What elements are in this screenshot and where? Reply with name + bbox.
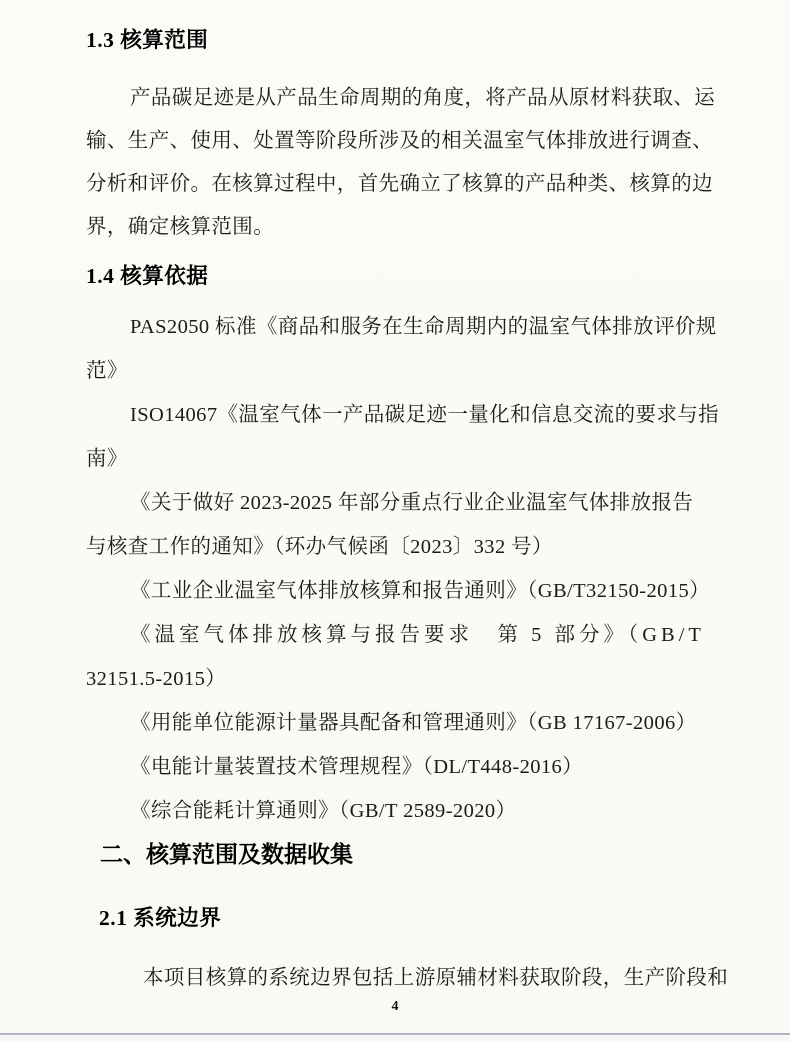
reference-line: 《关于做好 2023-2025 年部分重点行业企业温室气体排放报告: [86, 481, 712, 525]
reference-line: 与核查工作的通知》（环办气候函〔2023〕332 号）: [86, 525, 712, 569]
reference-line: PAS2050 标准《商品和服务在生命周期内的温室气体排放评价规: [86, 305, 712, 349]
document-content: 1.3 核算范围 产品碳足迹是从产品生命周期的角度，将产品从原材料获取、运 输、…: [86, 0, 712, 1000]
reference-line: 32151.5-2015）: [86, 657, 712, 701]
text-line: 界，确定核算范围。: [86, 206, 712, 249]
text-line: 产品碳足迹是从产品生命周期的角度，将产品从原材料获取、运: [86, 77, 712, 120]
chapter-heading-2: 二、核算范围及数据收集: [100, 841, 712, 869]
text-line: 分析和评价。在核算过程中，首先确立了核算的产品种类、核算的边: [86, 163, 712, 206]
reference-line: 《工业企业温室气体排放核算和报告通则》（GB/T32150-2015）: [86, 569, 712, 613]
section-heading-2-1: 2.1 系统边界: [99, 905, 712, 931]
text-line: 输、生产、使用、处置等阶段所涉及的相关温室气体排放进行调查、: [86, 120, 712, 163]
paragraph-2-1: 本项目核算的系统边界包括上游原辅材料获取阶段，生产阶段和: [99, 957, 712, 1000]
section-heading-1-4: 1.4 核算依据: [86, 263, 712, 289]
scan-edge-artifact: [0, 1033, 790, 1042]
reference-line: 南》: [86, 437, 712, 481]
reference-line: 《温室气体排放核算与报告要求 第 5 部分》（GB/T: [86, 613, 712, 657]
reference-line: 《电能计量装置技术管理规程》（DL/T448-2016）: [86, 745, 712, 789]
reference-line: 范》: [86, 349, 712, 393]
reference-line: ISO14067《温室气体一产品碳足迹一量化和信息交流的要求与指: [86, 393, 712, 437]
document-page: 1.3 核算范围 产品碳足迹是从产品生命周期的角度，将产品从原材料获取、运 输、…: [0, 0, 790, 1042]
reference-list: PAS2050 标准《商品和服务在生命周期内的温室气体排放评价规 范》 ISO1…: [86, 305, 712, 833]
paragraph-1-3: 产品碳足迹是从产品生命周期的角度，将产品从原材料获取、运 输、生产、使用、处置等…: [86, 77, 712, 249]
reference-line: 《用能单位能源计量器具配备和管理通则》（GB 17167-2006）: [86, 701, 712, 745]
section-heading-1-3: 1.3 核算范围: [86, 27, 712, 53]
page-number: 4: [0, 999, 790, 1015]
text-line: 本项目核算的系统边界包括上游原辅材料获取阶段，生产阶段和: [99, 957, 712, 1000]
reference-line: 《综合能耗计算通则》（GB/T 2589-2020）: [86, 789, 712, 833]
